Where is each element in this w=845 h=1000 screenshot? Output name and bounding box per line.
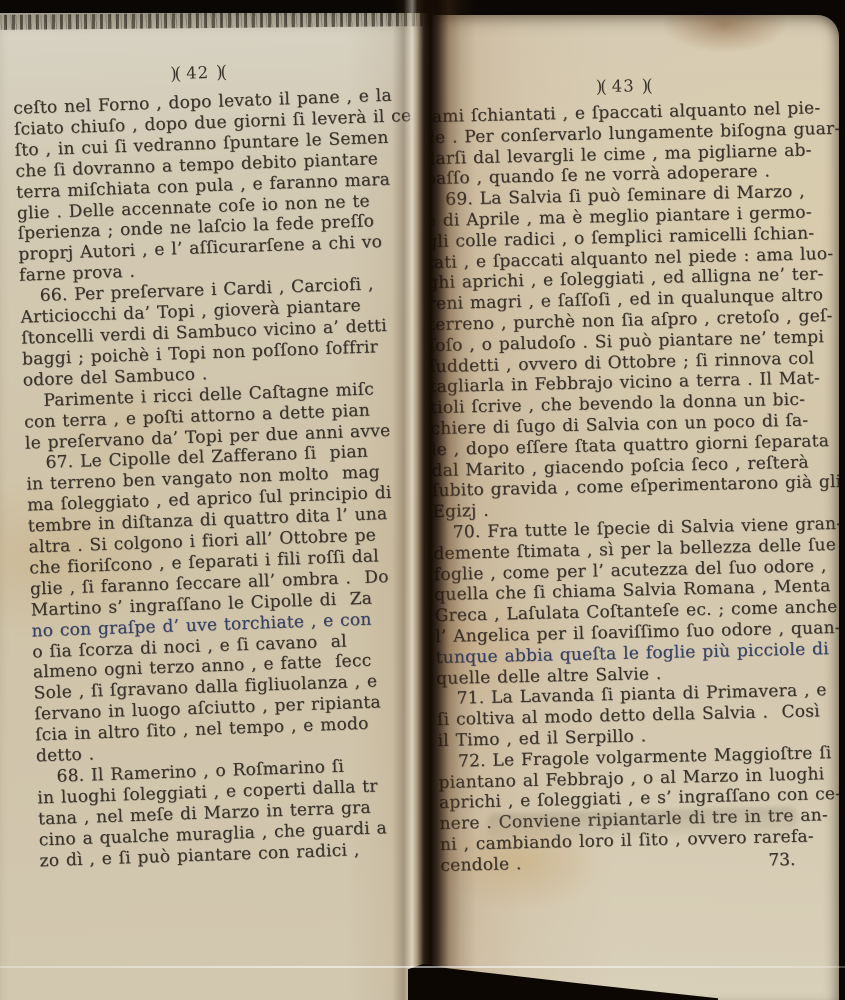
header-ornament-right: )( [209, 62, 233, 83]
page-catchword: 73. [768, 850, 795, 871]
page-header: )(43)( [430, 72, 828, 100]
right-page: )(43)( rami ſchiantati , e ſpaccati alqu… [430, 15, 839, 1000]
header-ornament-left: )( [163, 63, 187, 84]
gutter-shadow [392, 0, 476, 1000]
left-page: )(42)( ceſto nel Forno , dopo levato il … [0, 13, 433, 1000]
right-page-text: rami ſchiantati , e ſpaccati alquanto ne… [430, 97, 839, 877]
page-number: 43 [612, 76, 635, 96]
header-ornament-left: )( [589, 76, 612, 96]
left-page-text: ceſto nel Forno , dopo levato il pane , … [13, 79, 433, 872]
header-ornament-right: )( [635, 75, 658, 95]
page-number: 42 [186, 63, 210, 83]
page-header: )(42)( [0, 56, 414, 90]
scan-line-artifact [0, 966, 845, 968]
book-scan: )(42)( ceſto nel Forno , dopo levato il … [0, 0, 845, 1000]
